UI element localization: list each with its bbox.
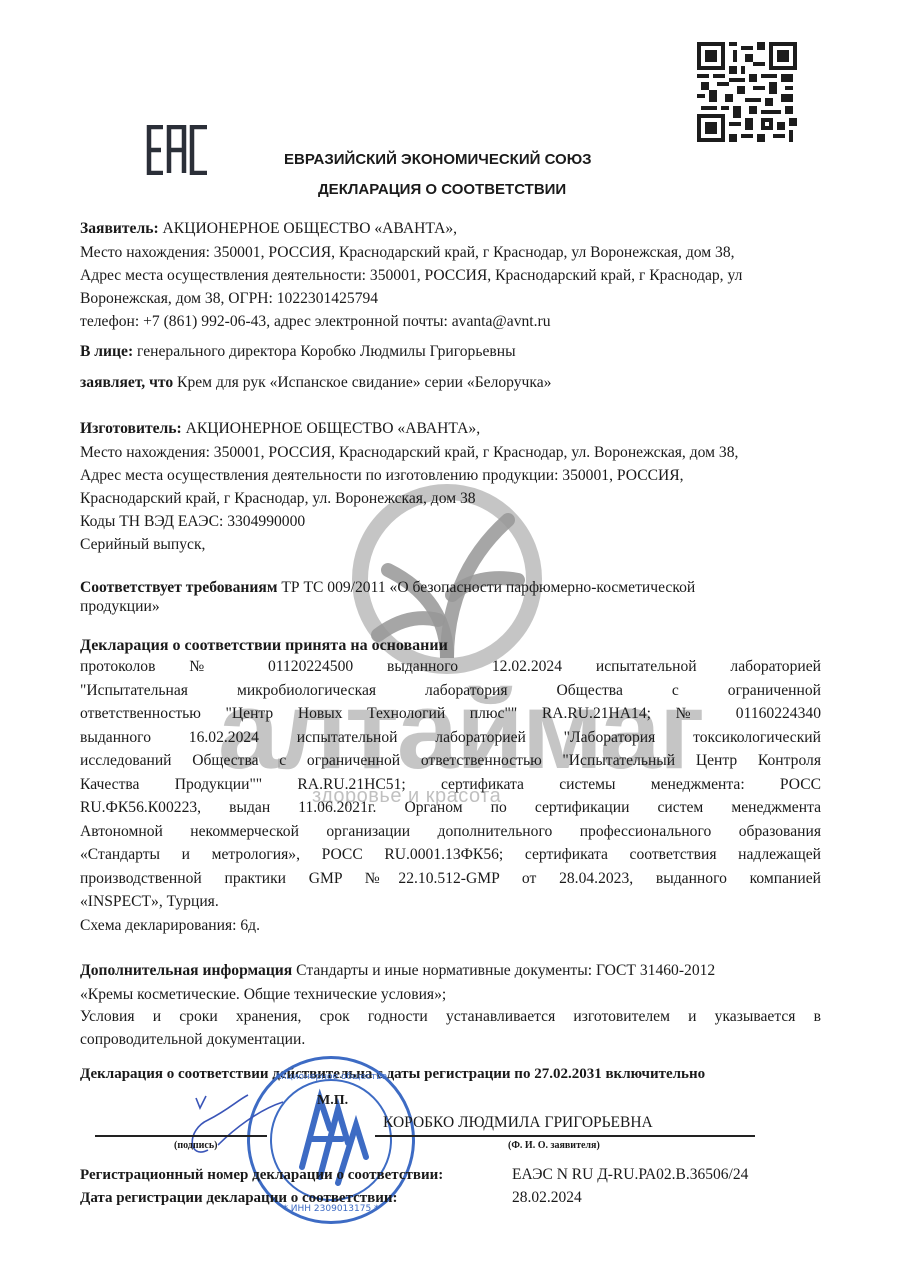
applicant-activity-address-2: Воронежская, дом 38, ОГРН: 1022301425794 — [80, 289, 378, 309]
declares-line: заявляет, что Крем для рук «Испанское св… — [80, 373, 551, 393]
compliance-label: Соответствует требованиям — [80, 579, 277, 596]
signature-line — [95, 1135, 267, 1137]
document-title: ДЕКЛАРАЦИЯ О СООТВЕТСТВИИ — [318, 181, 566, 198]
basis-line: выданного 16.02.2024 испытательной лабор… — [80, 726, 821, 750]
compliance-line: Соответствует требованиям ТР ТС 009/2011… — [80, 578, 695, 598]
basis-line: «Стандарты и метрология», РОСС RU.0001.1… — [80, 843, 821, 867]
basis-line: RU.ФК56.К00223, выдан 11.06.2021г. Орган… — [80, 796, 821, 820]
basis-paragraph: протоколов № 01120224500 выданного 12.02… — [80, 655, 821, 937]
declares-label: заявляет, что — [80, 374, 173, 391]
storage-conditions-line: сопроводительной документации. — [80, 1028, 821, 1051]
registration-date-value: 28.02.2024 — [512, 1189, 582, 1207]
manufacturer-production-address-2: Краснодарский край, г Краснодар, ул. Вор… — [80, 489, 476, 509]
applicant-line: Заявитель: АКЦИОНЕРНОЕ ОБЩЕСТВО «АВАНТА»… — [80, 219, 457, 239]
represented-by: генерального директора Коробко Людмилы Г… — [133, 343, 515, 360]
additional-info-line: Дополнительная информация Стандарты и ин… — [80, 961, 715, 981]
represented-by-line: В лице: генерального директора Коробко Л… — [80, 342, 516, 362]
applicant-activity-address-1: Адрес места осуществления деятельности: … — [80, 266, 742, 286]
declaration-scheme: Схема декларирования: 6д. — [80, 914, 821, 938]
manufacturer-line: Изготовитель: АКЦИОНЕРНОЕ ОБЩЕСТВО «АВАН… — [80, 419, 480, 439]
additional-info-label: Дополнительная информация — [80, 962, 292, 979]
basis-line: производственной практики GMP №22.10.512… — [80, 867, 821, 891]
storage-conditions-line: Условия и сроки хранения, срок годности … — [80, 1005, 821, 1028]
basis-line-last: «INSPECT», Турция. — [80, 890, 821, 914]
qr-code-icon — [697, 42, 797, 142]
compliance-regulation: ТР ТС 009/2011 «О безопасности парфюмерн… — [277, 579, 695, 596]
registration-number-label: Регистрационный номер декларации о соотв… — [80, 1167, 443, 1184]
tn-ved-codes: Коды ТН ВЭД ЕАЭС: 3304990000 — [80, 512, 305, 532]
represented-label: В лице: — [80, 343, 133, 360]
handwritten-signature-icon — [178, 1090, 288, 1165]
name-line — [375, 1135, 755, 1137]
svg-text:Акционерное общество: Акционерное общество — [275, 1072, 388, 1082]
basis-line: протоколов № 01120224500 выданного 12.02… — [80, 655, 821, 679]
applicant-contacts: телефон: +7 (861) 992-06-43, адрес элект… — [80, 312, 551, 332]
applicant-location: Место нахождения: 350001, РОССИЯ, Красно… — [80, 243, 735, 263]
manufacturer-location: Место нахождения: 350001, РОССИЯ, Красно… — [80, 443, 738, 463]
manufacturer-label: Изготовитель: — [80, 420, 182, 437]
additional-info-standard-title: «Кремы косметические. Общие технические … — [80, 985, 446, 1005]
basis-line: Автономной некоммерческой организации до… — [80, 820, 821, 844]
signature-caption: (подпись) — [174, 1140, 217, 1151]
basis-line: ответственностью "Центр Новых Технологий… — [80, 702, 821, 726]
product-name: Крем для рук «Испанское свидание» серии … — [173, 374, 551, 391]
basis-line: Качества Продукции"" RA.RU.21НС51; серти… — [80, 773, 821, 797]
registration-number-value: ЕАЭС N RU Д-RU.РА02.В.36506/24 — [512, 1166, 748, 1184]
applicant-name: АКЦИОНЕРНОЕ ОБЩЕСТВО «АВАНТА», — [159, 220, 457, 237]
registration-date-label: Дата регистрации декларации о соответств… — [80, 1190, 398, 1207]
basis-title: Декларация о соответствии принята на осн… — [80, 636, 448, 656]
signer-name: КОРОБКО ЛЮДМИЛА ГРИГОРЬЕВНА — [383, 1114, 653, 1132]
manufacturer-production-address-1: Адрес места осуществления деятельности п… — [80, 466, 684, 486]
basis-line: исследований Общества с ограниченной отв… — [80, 749, 821, 773]
basis-line: "Испытательная микробиологическая лабора… — [80, 679, 821, 703]
seal-place-mark: М.П. — [317, 1093, 348, 1109]
storage-conditions: Условия и сроки хранения, срок годности … — [80, 1005, 821, 1051]
eac-mark-icon — [146, 125, 210, 175]
compliance-regulation-cont: продукции» — [80, 597, 160, 617]
additional-info-standards: Стандарты и иные нормативные документы: … — [292, 962, 715, 979]
union-title: ЕВРАЗИЙСКИЙ ЭКОНОМИЧЕСКИЙ СОЮЗ — [284, 151, 592, 168]
name-caption: (Ф. И. О. заявителя) — [508, 1140, 600, 1151]
applicant-label: Заявитель: — [80, 220, 159, 237]
release-type: Серийный выпуск, — [80, 535, 205, 555]
manufacturer-name: АКЦИОНЕРНОЕ ОБЩЕСТВО «АВАНТА», — [182, 420, 480, 437]
